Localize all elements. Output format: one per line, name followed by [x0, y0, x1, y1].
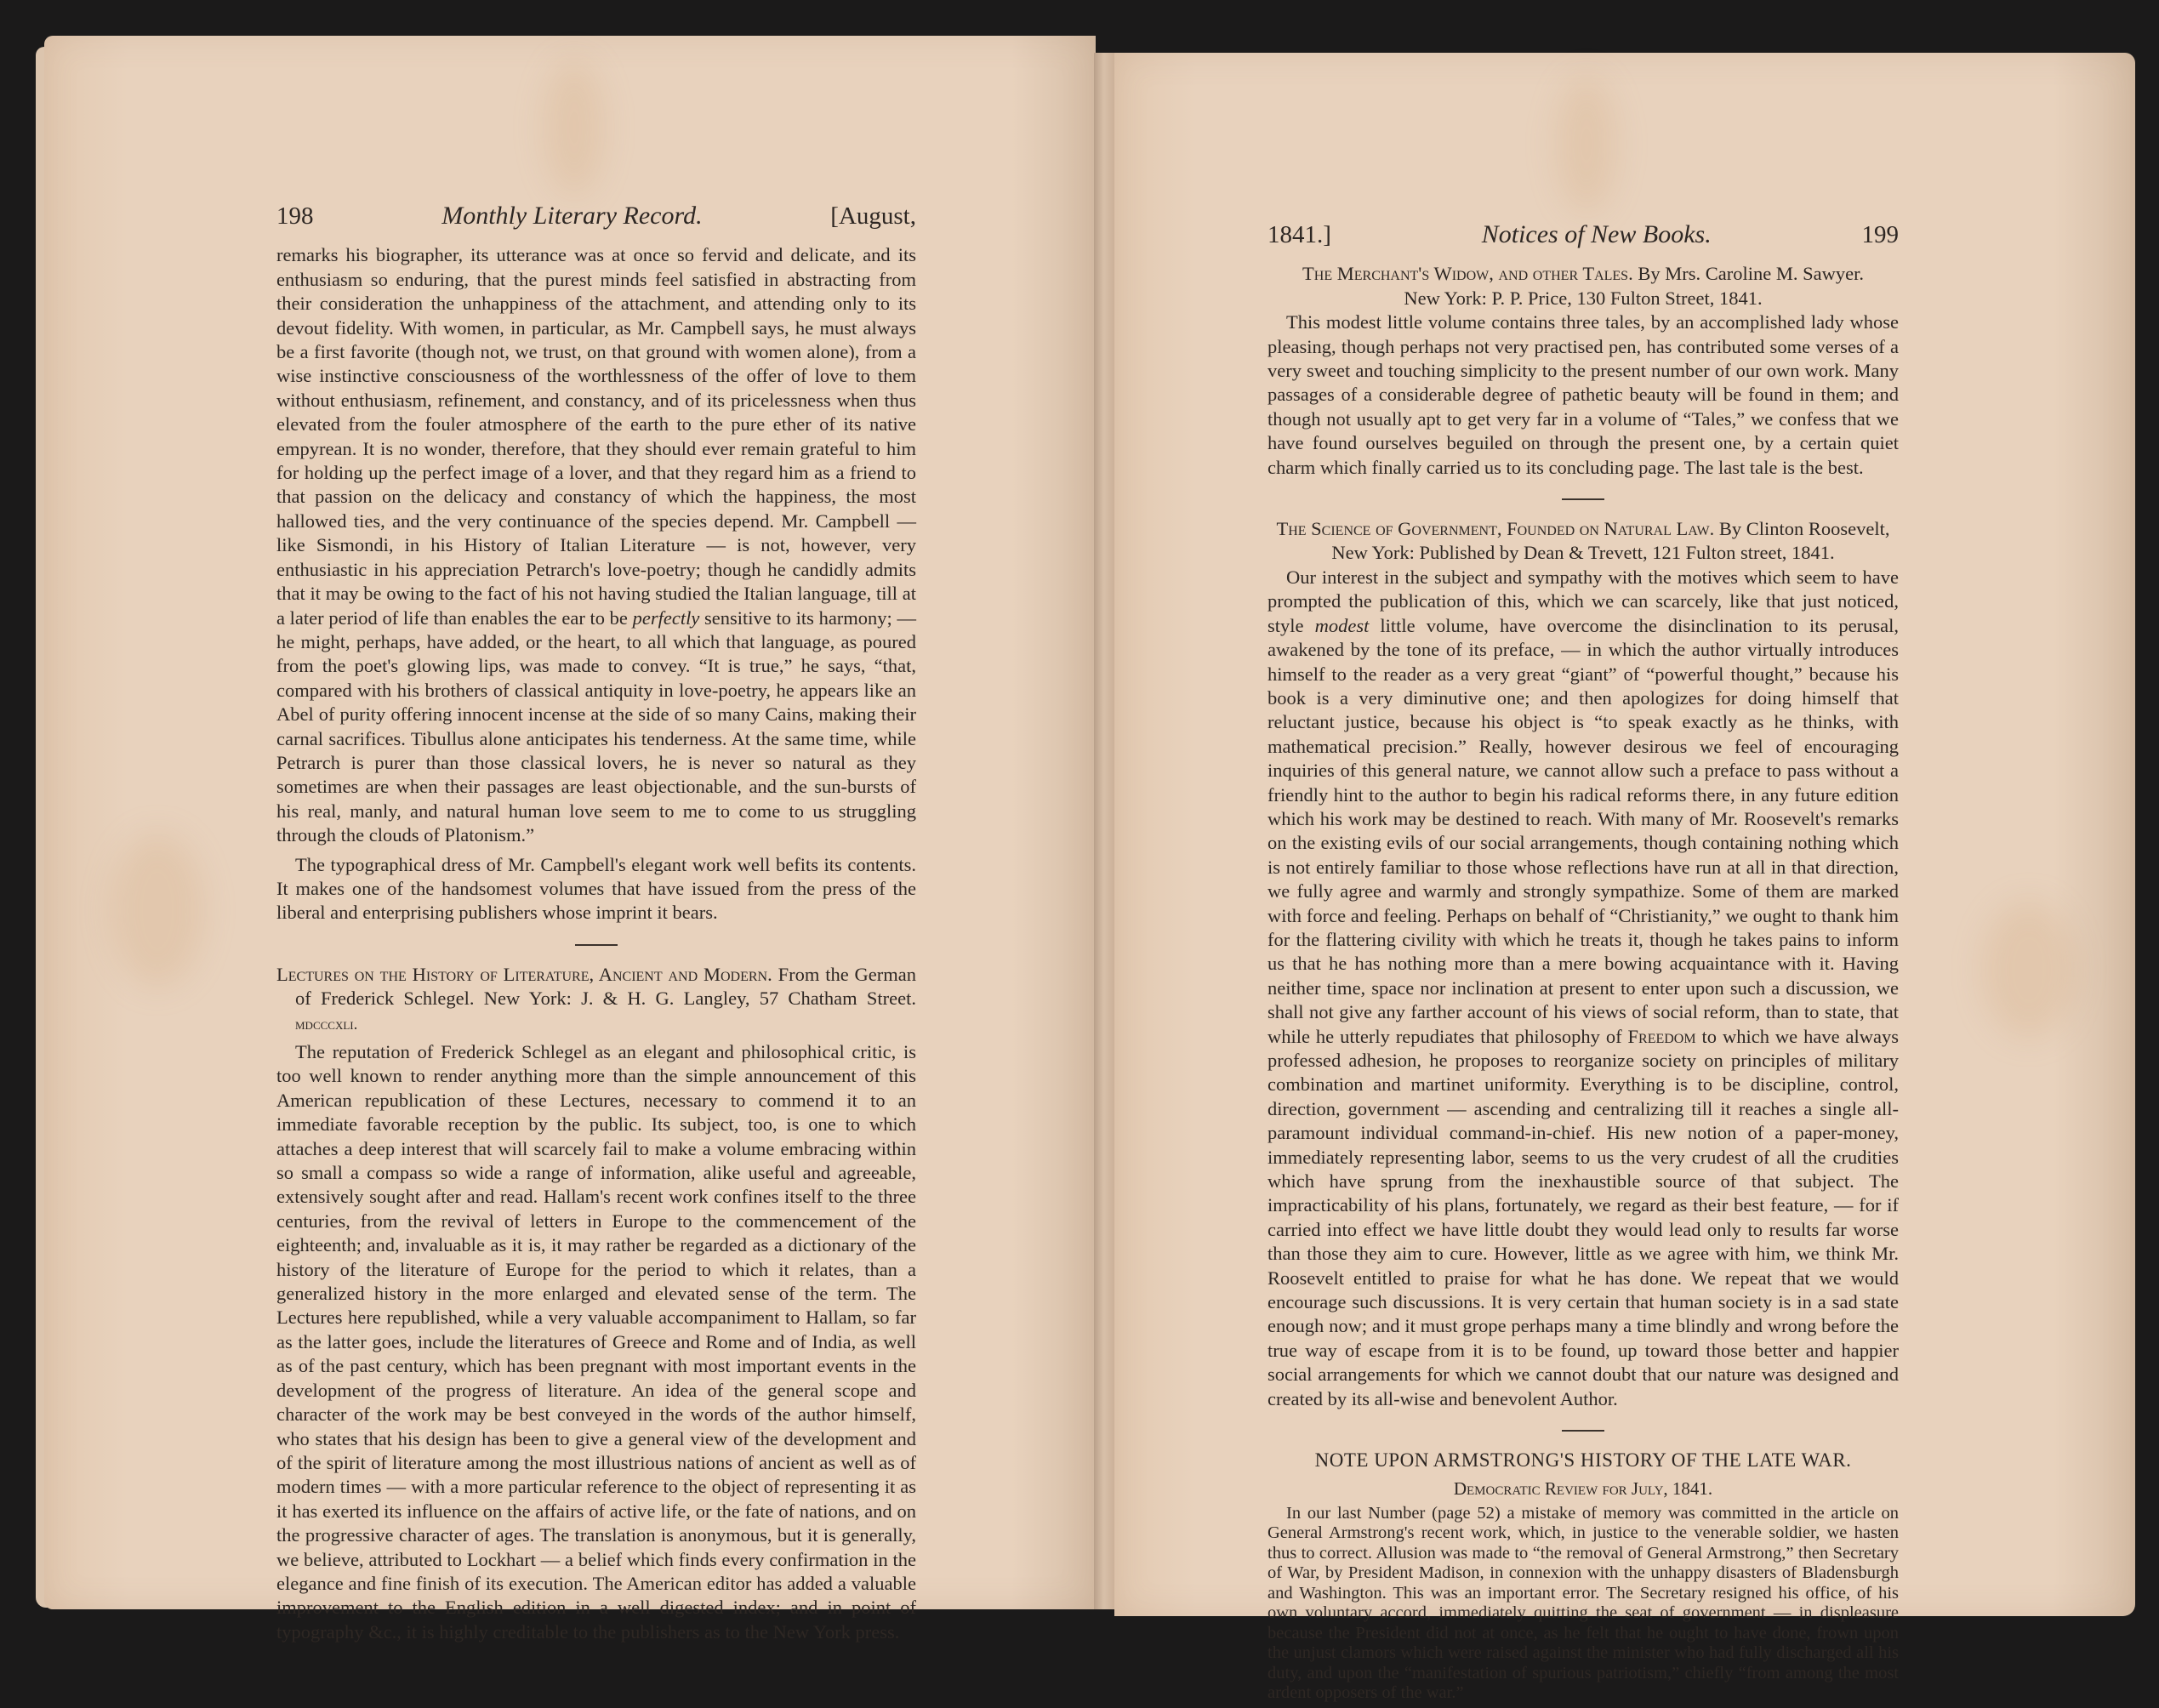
review-heading: The Merchant's Widow, and other Tales. B… — [1267, 262, 1899, 286]
running-date: 1841.] — [1267, 223, 1331, 247]
running-head-left: 198 Monthly Literary Record. [August, — [276, 204, 916, 228]
right-page-text: 1841.] Notices of New Books. 199 The Mer… — [1267, 223, 1899, 1704]
review-heading: The Science of Government, Founded on Na… — [1267, 517, 1899, 541]
running-date: [August, — [830, 204, 916, 228]
review-imprint: New York: P. P. Price, 130 Fulton Street… — [1267, 287, 1899, 310]
small-caps-word: Freedom — [1628, 1026, 1696, 1047]
paragraph-text: sensitive to its harmony; — he might, pe… — [276, 607, 916, 846]
section-divider — [1562, 1430, 1604, 1432]
paper-stain — [1557, 77, 1616, 213]
paragraph-text: to which we have always professed adhesi… — [1267, 1026, 1899, 1409]
note-body: In our last Number (page 52) a mistake o… — [1267, 1504, 1899, 1704]
continuation-paragraph: remarks his biographer, its utterance wa… — [276, 243, 916, 847]
review-body: This modest little volume contains three… — [1267, 310, 1899, 480]
paper-stain — [111, 834, 204, 987]
running-title: Monthly Literary Record. — [441, 204, 702, 228]
running-title: Notices of New Books. — [1482, 223, 1712, 247]
note-title: NOTE UPON ARMSTRONG'S HISTORY OF THE LAT… — [1267, 1449, 1899, 1472]
review-title: The Science of Government, Founded on Na… — [1276, 518, 1714, 539]
paragraph-text: remarks his biographer, its utterance wa… — [276, 244, 916, 628]
review-imprint: New York: Published by Dean & Trevett, 1… — [1267, 541, 1899, 565]
review-year: mdcccxli. — [295, 1016, 357, 1033]
review-author: By Clinton Roosevelt, — [1719, 518, 1890, 539]
paper-stain — [544, 60, 604, 196]
review-heading: Lectures on the History of Literature, A… — [276, 963, 916, 1037]
page-number: 198 — [276, 204, 314, 228]
running-head-right: 1841.] Notices of New Books. 199 — [1267, 223, 1899, 247]
note-subtitle: Democratic Review for July, 1841. — [1267, 1477, 1899, 1500]
paper-stain — [1982, 902, 2076, 1038]
page-number: 199 — [1862, 223, 1900, 247]
left-page-text: 198 Monthly Literary Record. [August, re… — [276, 204, 916, 1644]
review-body: Our interest in the subject and sympathy… — [1267, 566, 1899, 1411]
book-gutter — [1094, 53, 1116, 1609]
review-title: The Merchant's Widow, and other Tales. — [1302, 263, 1633, 284]
italic-word: modest — [1315, 615, 1370, 636]
section-divider — [1562, 498, 1604, 500]
review-body: The reputation of Frederick Schlegel as … — [276, 1040, 916, 1644]
italic-word: perfectly — [633, 607, 700, 629]
review-title: Lectures on the History of Literature, A… — [276, 964, 772, 985]
paragraph-text: little volume, have overcome the disincl… — [1267, 615, 1899, 1047]
closing-paragraph: The typographical dress of Mr. Campbell'… — [276, 853, 916, 925]
section-divider — [575, 944, 618, 946]
review-author: By Mrs. Caroline M. Sawyer. — [1638, 263, 1864, 284]
